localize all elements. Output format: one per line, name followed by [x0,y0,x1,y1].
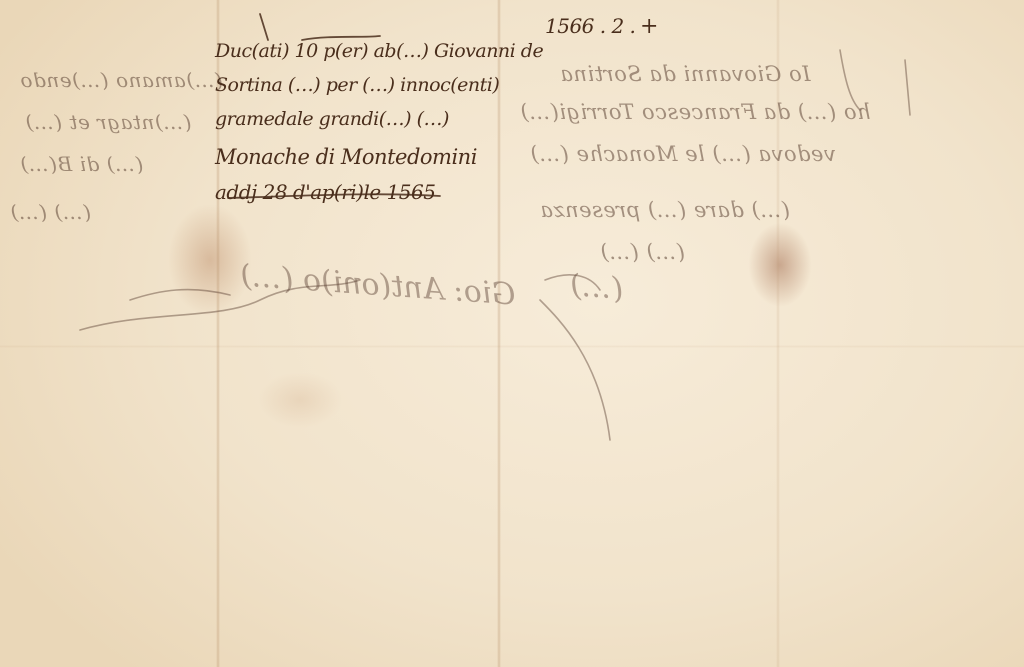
manuscript-page: Io Giovanni da Sortina ho (…) da Frances… [0,0,1024,667]
main-text-line: gramedale grandi(…) (…) [215,108,449,130]
cross-mark: + [640,14,658,39]
main-text-line: Sortina (…) per (…) innoc(enti) [215,74,499,96]
pen-flourishes [0,0,1024,667]
main-text-line: Duc(ati) 10 p(er) ab(…) Giovanni de [215,40,543,62]
date-note: 1566 . 2 . [545,14,635,38]
main-text-line: Monache di Montedomini [215,145,477,169]
main-text-line: addj 28 d'ap(ri)le 1565 [215,180,435,204]
